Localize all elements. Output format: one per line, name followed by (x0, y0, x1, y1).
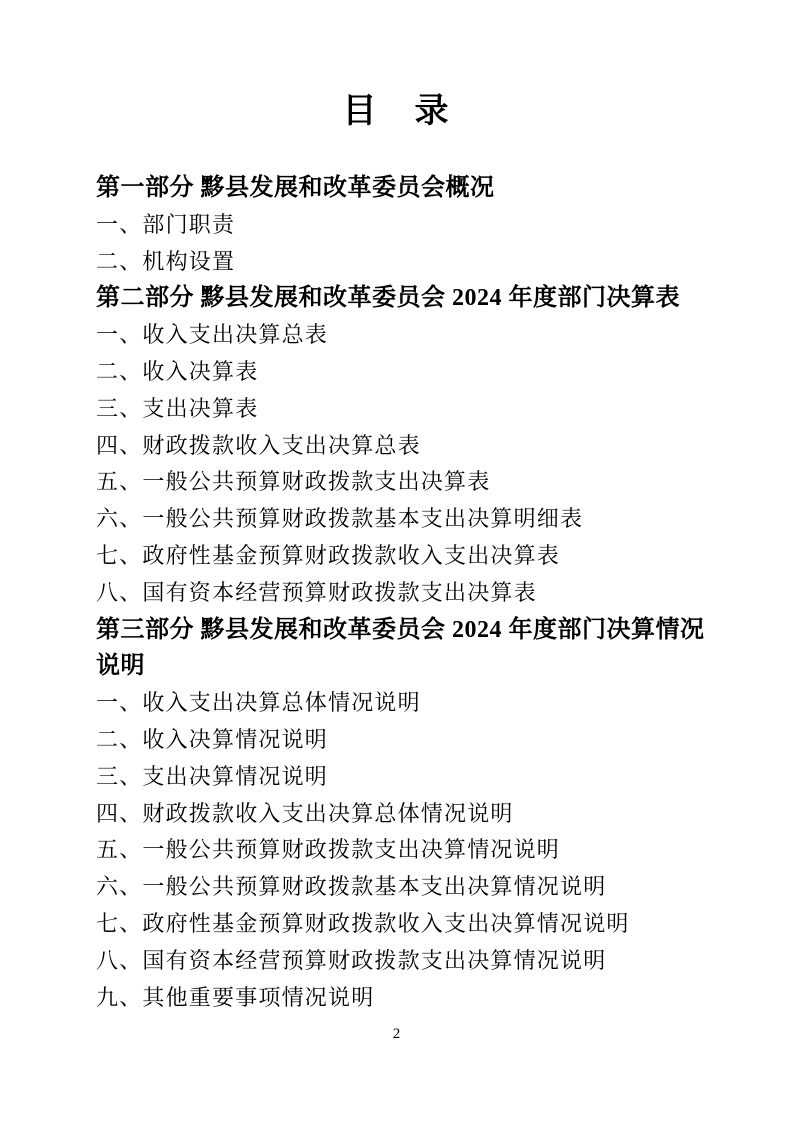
toc-item: 三、支出决算表 (96, 391, 708, 428)
toc-item: 八、国有资本经营预算财政拨款支出决算情况说明 (96, 943, 708, 980)
toc-section-heading-line: 说明 (96, 648, 708, 685)
toc-item: 二、收入决算表 (96, 354, 708, 391)
toc-item: 一、收入支出决算总表 (96, 317, 708, 354)
toc-section-heading-line: 第二部分 黟县发展和改革委员会 2024 年度部门决算表 (96, 280, 708, 317)
toc-item: 一、收入支出决算总体情况说明 (96, 685, 708, 722)
toc-item: 六、一般公共预算财政拨款基本支出决算明细表 (96, 501, 708, 538)
page-number: 2 (0, 1024, 793, 1044)
page-title: 目 录 (0, 92, 793, 132)
toc-list: 第一部分 黟县发展和改革委员会概况一、部门职责二、机构设置第二部分 黟县发展和改… (96, 170, 708, 1016)
toc-item: 一、部门职责 (96, 207, 708, 244)
toc-item: 八、国有资本经营预算财政拨款支出决算表 (96, 575, 708, 612)
toc-item: 五、一般公共预算财政拨款支出决算情况说明 (96, 832, 708, 869)
toc-item: 七、政府性基金预算财政拨款收入支出决算情况说明 (96, 906, 708, 943)
document-page: 目 录 第一部分 黟县发展和改革委员会概况一、部门职责二、机构设置第二部分 黟县… (0, 0, 793, 1122)
toc-item: 四、财政拨款收入支出决算总表 (96, 428, 708, 465)
toc-item: 五、一般公共预算财政拨款支出决算表 (96, 464, 708, 501)
toc-item: 七、政府性基金预算财政拨款收入支出决算表 (96, 538, 708, 575)
toc-item: 九、其他重要事项情况说明 (96, 980, 708, 1017)
toc-item: 三、支出决算情况说明 (96, 759, 708, 796)
toc-item: 二、机构设置 (96, 244, 708, 281)
toc-item: 四、财政拨款收入支出决算总体情况说明 (96, 796, 708, 833)
toc-section-heading-line: 第三部分 黟县发展和改革委员会 2024 年度部门决算情况 (96, 612, 708, 649)
toc-item: 六、一般公共预算财政拨款基本支出决算情况说明 (96, 869, 708, 906)
toc-item: 二、收入决算情况说明 (96, 722, 708, 759)
toc-section-heading-line: 第一部分 黟县发展和改革委员会概况 (96, 170, 708, 207)
